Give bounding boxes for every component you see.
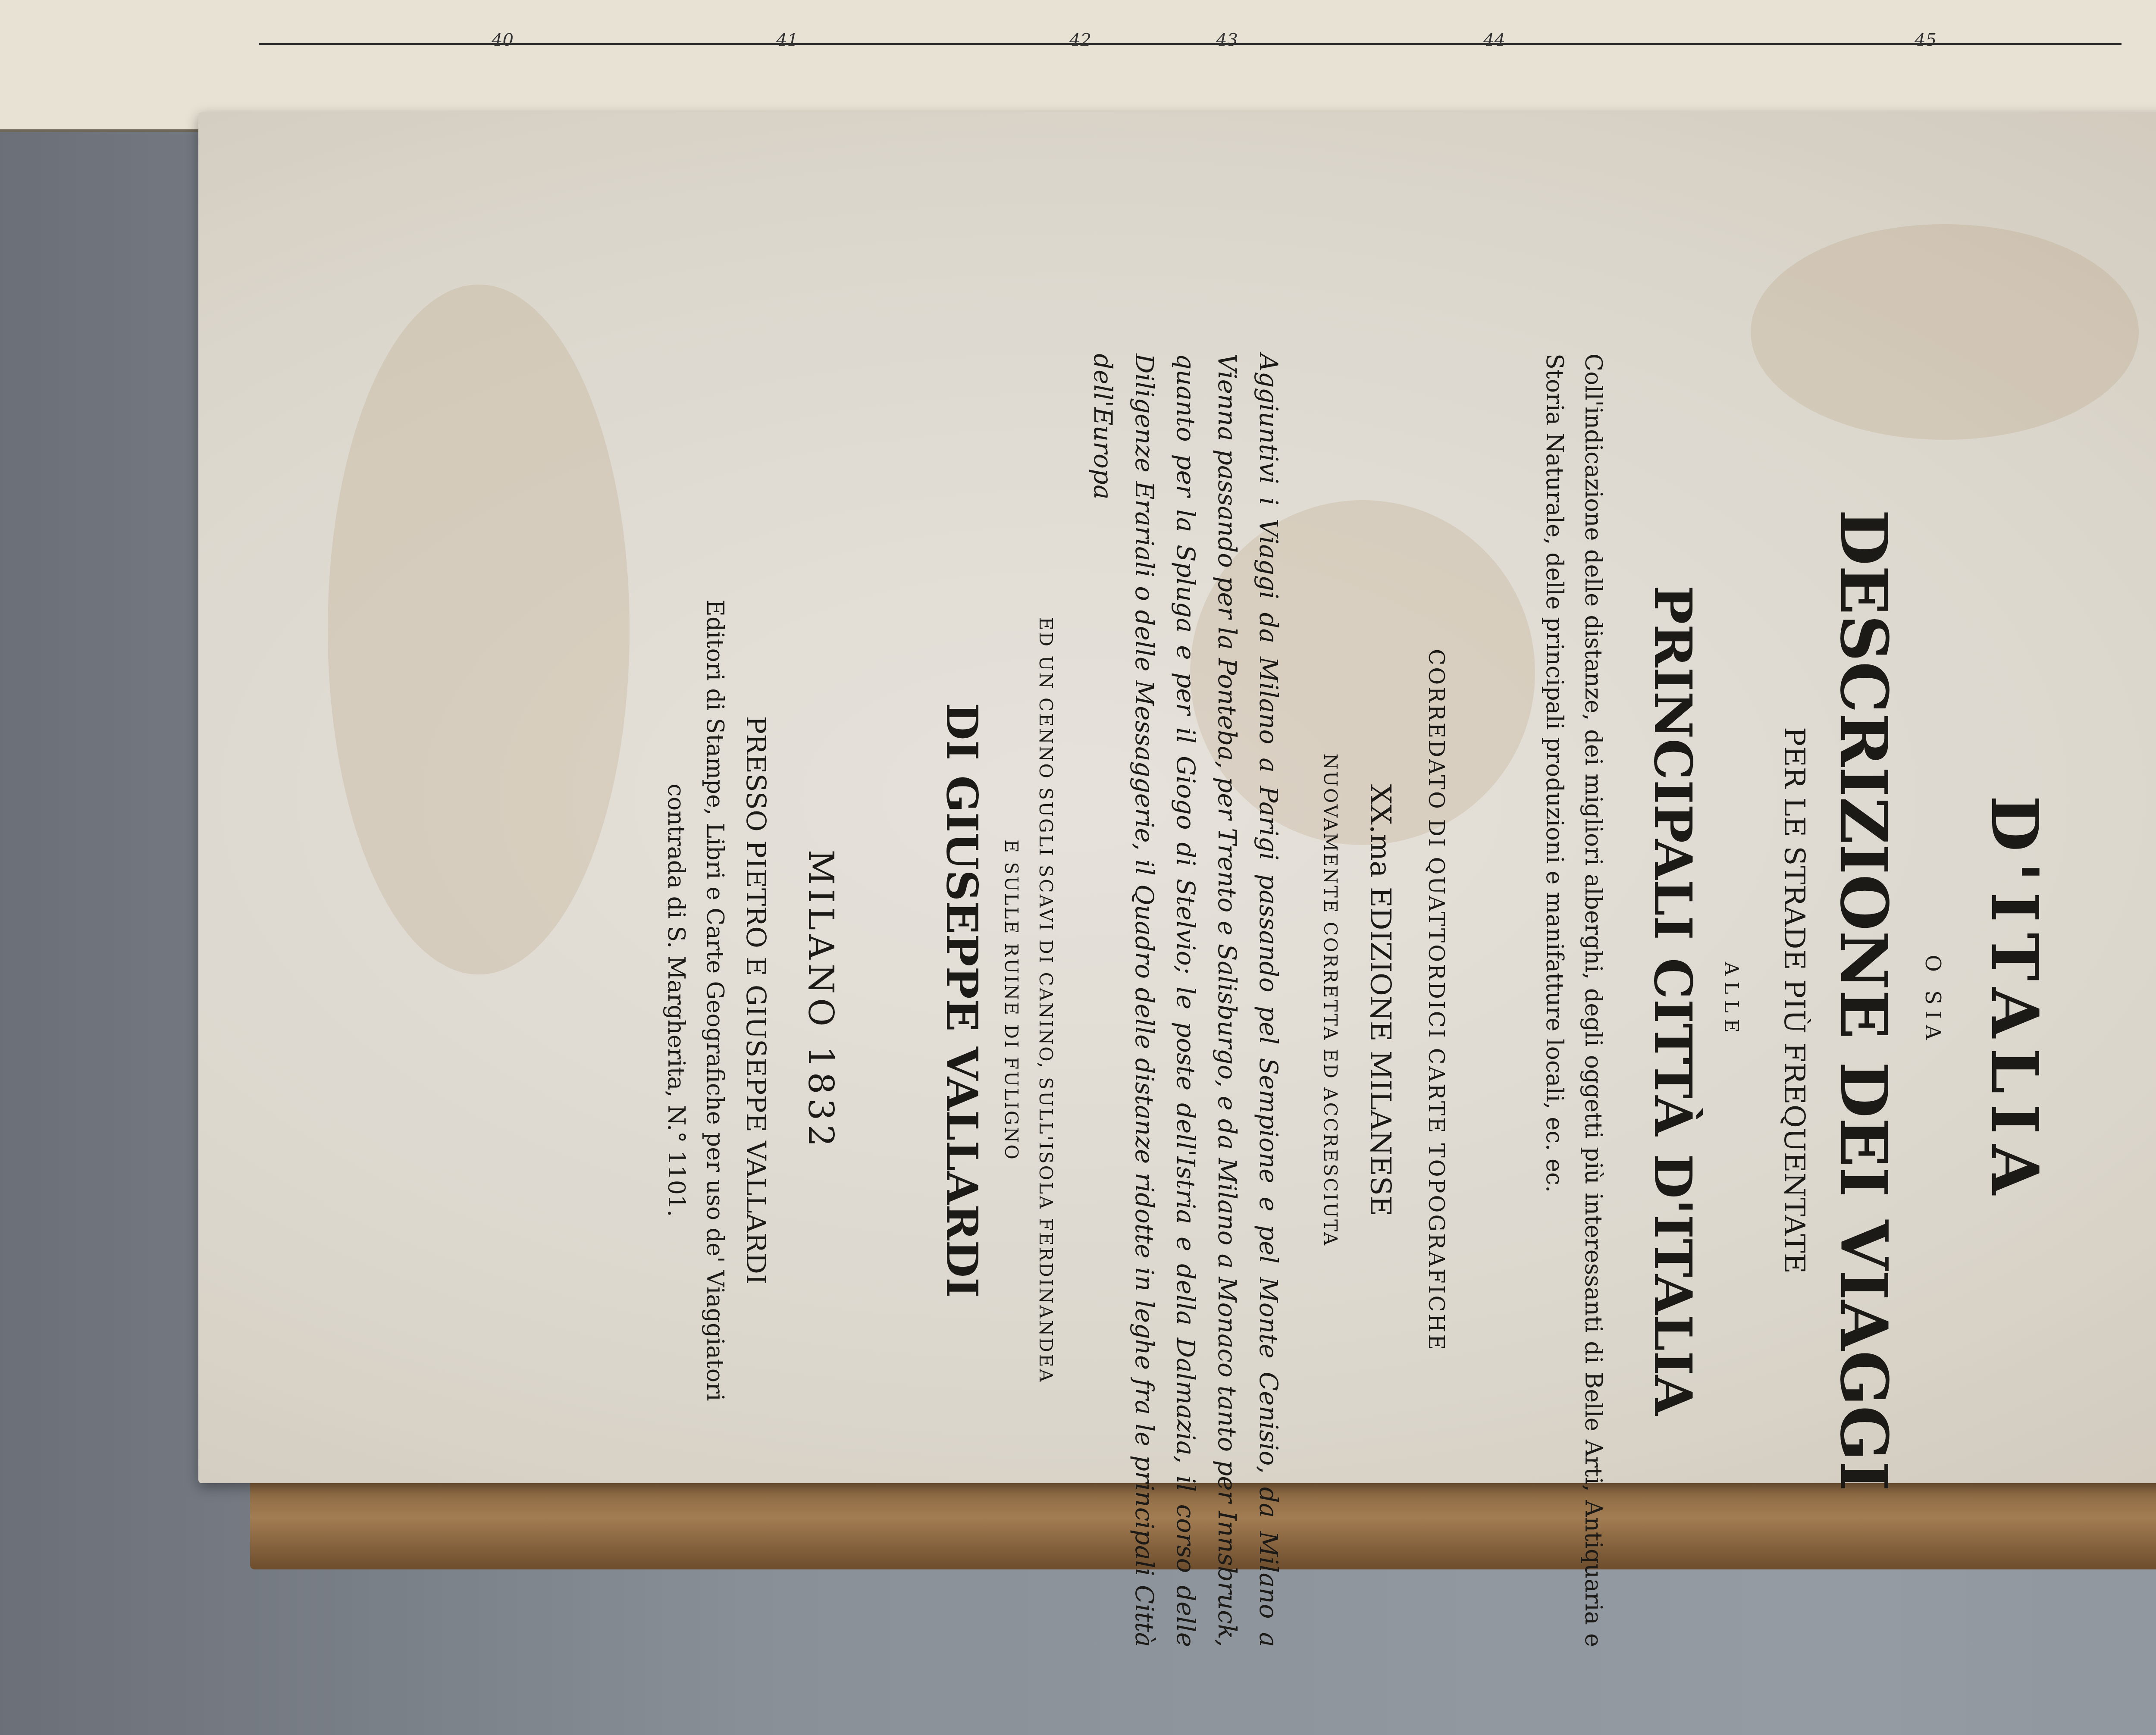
map-grid-number: 45 bbox=[1915, 30, 1937, 50]
alle-text: ALLE bbox=[1720, 354, 1742, 1647]
sub-heading: PER LE STRADE PIÙ FREQUENTATE bbox=[1778, 354, 1811, 1647]
cities-heading: PRINCIPALI CITTÀ D'ITALIA bbox=[1642, 354, 1703, 1647]
rotated-title-text: ITINERARIO D'ITALIA O SIA DESCRIZIONE DE… bbox=[82, 354, 2156, 1647]
map-grid-number: 40 bbox=[492, 30, 514, 50]
heading: DESCRIZIONE DEI VIAGGI bbox=[1826, 354, 1902, 1647]
maps-note: CORREDATO DI QUATTORDICI CARTE TOPOGRAFI… bbox=[1424, 354, 1449, 1647]
revision-note: NUOVAMENTE CORRETTA ED ACCRESCIUTA bbox=[1320, 354, 1341, 1647]
map-grid-number: 43 bbox=[1216, 30, 1238, 50]
appendix-line-1: ED UN CENNO SUGLI SCAVI DI CANINO, SULL'… bbox=[1035, 354, 1056, 1647]
map-grid-number: 44 bbox=[1483, 30, 1505, 50]
appendix-line-2: E SULLE RUINE DI FULIGNO bbox=[1001, 354, 1022, 1647]
edition: XX.ma EDIZIONE MILANESE bbox=[1364, 354, 1397, 1647]
additions-paragraph: Aggiuntivi i Viaggi da Milano a Parigi p… bbox=[1082, 354, 1289, 1647]
publisher: PRESSO PIETRO E GIUSEPPE VALLARDI bbox=[740, 354, 772, 1647]
book-title: ITINERARIO bbox=[2137, 354, 2156, 1647]
publisher-description: Editori di Stampe, Libri e Carte Geograf… bbox=[702, 354, 729, 1647]
map-border bbox=[259, 0, 2122, 45]
book-subtitle: D'ITALIA bbox=[1977, 354, 2053, 1647]
map-grid-number: 42 bbox=[1069, 30, 1091, 50]
description-paragraph: Coll'indicazione delle distanze, dei mig… bbox=[1535, 354, 1613, 1647]
publisher-address: contrada di S. Margherita, N.° 1101. bbox=[663, 354, 690, 1647]
place-year: MILANO 1832 bbox=[801, 354, 841, 1647]
author: DI GIUSEPPE VALLARDI bbox=[937, 354, 987, 1647]
conjunction: O SIA bbox=[1921, 354, 1945, 1647]
map-grid-number: 41 bbox=[776, 30, 798, 50]
